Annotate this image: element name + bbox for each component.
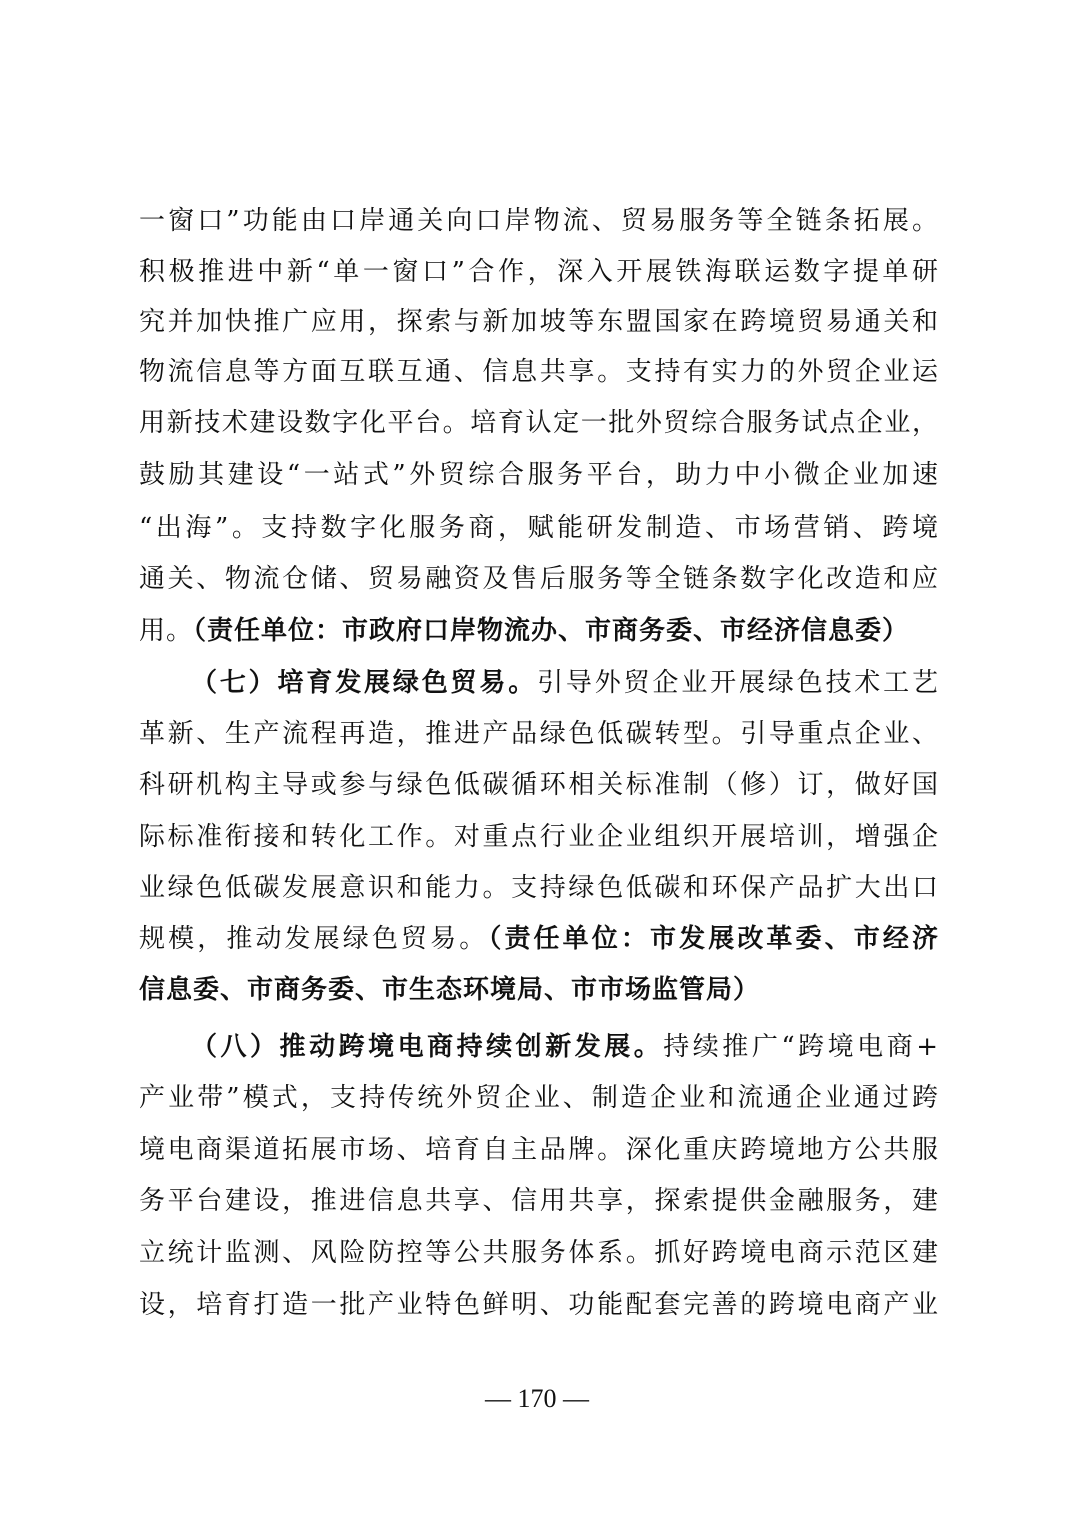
continuation-line: 鼓励其建设“一站式”外贸综合服务平台，助力中小微企业加速 [139, 455, 939, 495]
text-run: 业绿色低碳发展意识和能力。支持绿色低碳和环保产品扩大出口 [139, 873, 939, 903]
text-run: 境电商渠道拓展市场、培育自主品牌。深化重庆跨境地方公共服 [139, 1135, 939, 1165]
text-run: 积极推进中新“单一窗口”合作，深入开展铁海联运数字提单研 [139, 257, 939, 287]
text-run: 用。 [139, 616, 193, 646]
section-8-line: 立统计监测、风险防控等公共服务体系。抓好跨境电商示范区建 [139, 1233, 939, 1273]
text-run: 用新技术建设数字化平台。培育认定一批外贸综合服务试点企业， [139, 408, 939, 438]
text-run: 规模，推动发展绿色贸易。 [139, 924, 488, 954]
continuation-line: 通关、物流仓储、贸易融资及售后服务等全链条数字化改造和应 [139, 559, 939, 599]
text-run: 立统计监测、风险防控等公共服务体系。抓好跨境电商示范区建 [139, 1238, 939, 1268]
text-run: 设，培育打造一批产业特色鲜明、功能配套完善的跨境电商产业 [139, 1290, 939, 1320]
continuation-line: 究并加快推广应用，探索与新加坡等东盟国家在跨境贸易通关和 [139, 302, 939, 342]
section-8-line: 务平台建设，推进信息共享、信用共享，探索提供金融服务，建 [139, 1181, 939, 1221]
section-8-line: （八）推动跨境电商持续创新发展。持续推广“跨境电商+ [191, 1027, 939, 1067]
text-run: 务平台建设，推进信息共享、信用共享，探索提供金融服务，建 [139, 1186, 939, 1216]
text-run: 引导外贸企业开展绿色技术工艺 [537, 668, 939, 698]
continuation-line: 一窗口”功能由口岸通关向口岸物流、贸易服务等全链条拓展。 [139, 201, 939, 241]
section-7-line: 际标准衔接和转化工作。对重点行业企业组织开展培训，增强企 [139, 817, 939, 857]
continuation-line: 用。（责任单位：市政府口岸物流办、市商务委、市经济信息委） [139, 611, 939, 651]
bold-text: （八）推动跨境电商持续创新发展。 [191, 1032, 663, 1062]
text-run: 革新、生产流程再造，推进产品绿色低碳转型。引导重点企业、 [139, 719, 939, 749]
continuation-line: 积极推进中新“单一窗口”合作，深入开展铁海联运数字提单研 [139, 252, 939, 292]
continuation-line: “出海”。支持数字化服务商，赋能研发制造、市场营销、跨境 [139, 508, 939, 548]
bold-text: （责任单位：市政府口岸物流办、市商务委、市经济信息委） [193, 616, 909, 646]
continuation-line: 用新技术建设数字化平台。培育认定一批外贸综合服务试点企业， [139, 403, 939, 443]
bold-text: （责任单位：市发展改革委、市经济 [488, 924, 939, 954]
text-run: 究并加快推广应用，探索与新加坡等东盟国家在跨境贸易通关和 [139, 307, 939, 337]
section-7-line: 业绿色低碳发展意识和能力。支持绿色低碳和环保产品扩大出口 [139, 868, 939, 908]
bold-text: （七）培育发展绿色贸易。 [191, 668, 537, 698]
text-run: 际标准衔接和转化工作。对重点行业企业组织开展培训，增强企 [139, 822, 939, 852]
section-7-line: （七）培育发展绿色贸易。引导外贸企业开展绿色技术工艺 [191, 663, 939, 703]
text-run: 一窗口”功能由口岸通关向口岸物流、贸易服务等全链条拓展。 [139, 206, 939, 236]
text-run: 鼓励其建设“一站式”外贸综合服务平台，助力中小微企业加速 [139, 460, 939, 490]
section-7-line: 科研机构主导或参与绿色低碳循环相关标准制（修）订，做好国 [139, 765, 939, 805]
section-8-line: 境电商渠道拓展市场、培育自主品牌。深化重庆跨境地方公共服 [139, 1130, 939, 1170]
page-number: — 170 — [0, 1383, 1074, 1415]
text-run: 科研机构主导或参与绿色低碳循环相关标准制（修）订，做好国 [139, 770, 939, 800]
continuation-line: 物流信息等方面互联互通、信息共享。支持有实力的外贸企业运 [139, 352, 939, 392]
text-run: 通关、物流仓储、贸易融资及售后服务等全链条数字化改造和应 [139, 564, 939, 594]
text-run: “出海”。支持数字化服务商，赋能研发制造、市场营销、跨境 [139, 513, 939, 543]
text-run: 产业带”模式，支持传统外贸企业、制造企业和流通企业通过跨 [139, 1083, 939, 1113]
text-run: 物流信息等方面互联互通、信息共享。支持有实力的外贸企业运 [139, 357, 939, 387]
section-8-line: 产业带”模式，支持传统外贸企业、制造企业和流通企业通过跨 [139, 1078, 939, 1118]
section-7-line: 规模，推动发展绿色贸易。（责任单位：市发展改革委、市经济 [139, 919, 939, 959]
text-run: 持续推广“跨境电商+ [663, 1032, 939, 1062]
section-7-line: 信息委、市商务委、市生态环境局、市市场监管局） [139, 970, 939, 1010]
bold-text: 信息委、市商务委、市生态环境局、市市场监管局） [139, 975, 760, 1005]
section-7-line: 革新、生产流程再造，推进产品绿色低碳转型。引导重点企业、 [139, 714, 939, 754]
section-8-line: 设，培育打造一批产业特色鲜明、功能配套完善的跨境电商产业 [139, 1285, 939, 1325]
document-page: 一窗口”功能由口岸通关向口岸物流、贸易服务等全链条拓展。积极推进中新“单一窗口”… [0, 0, 1074, 1520]
